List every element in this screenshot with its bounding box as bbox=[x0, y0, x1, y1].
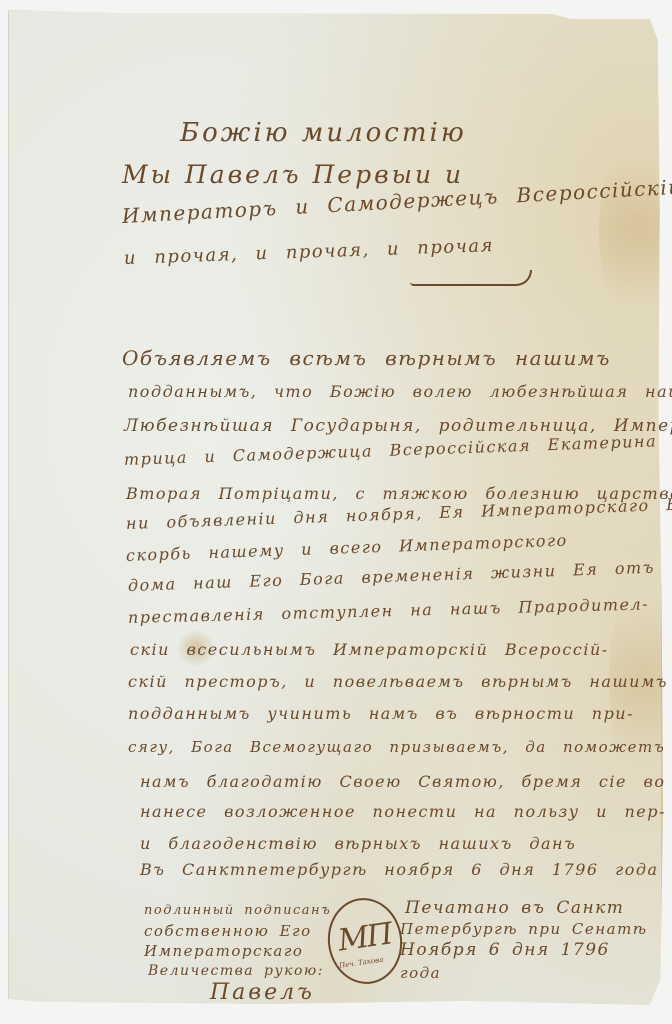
body-line-10: скiи всесильнымъ Императорскiй Всероссiй… bbox=[130, 642, 609, 658]
body-line-15: нанесе возложенное понести на пользу и п… bbox=[140, 804, 666, 820]
footer-left-note-2: собственною Его bbox=[144, 924, 312, 939]
water-stain bbox=[599, 131, 672, 331]
body-line-13: сягу, Бога Всемогущаго призываемъ, да по… bbox=[128, 740, 665, 755]
seal-monogram: МП bbox=[327, 915, 401, 959]
footer-right-note-4: года bbox=[400, 966, 441, 981]
heading-line-1: Божiю милостiю bbox=[180, 120, 467, 146]
body-line-12: подданнымъ учинить намъ въ вѣрности при- bbox=[128, 706, 634, 722]
heading-flourish bbox=[410, 270, 532, 286]
body-line-3: Любезнѣйшая Государыня, родительница, Им… bbox=[124, 418, 672, 435]
footer-left-note-3: Императорскаго bbox=[144, 944, 303, 959]
imperial-signature: Павелъ bbox=[210, 982, 315, 1004]
footer-left-note-1: подлинный подписанъ bbox=[144, 904, 331, 917]
footer-right-note-3: Ноября 6 дня 1796 bbox=[400, 942, 610, 959]
footer-right-note-1: Печатано въ Санкт bbox=[405, 900, 624, 917]
body-line-11: скiй престоръ, и повелѣваемъ вѣрнымъ наш… bbox=[128, 674, 668, 690]
footer-right-note-2: Петербургѣ при Сенатѣ bbox=[400, 922, 648, 937]
body-line-2: подданнымъ, что Божiю волею любезнѣйшая … bbox=[128, 384, 672, 400]
body-line-1: Объявляемъ всѣмъ вѣрнымъ нашимъ bbox=[122, 348, 611, 368]
heading-line-2: Мы Павелъ Первыи и bbox=[122, 162, 464, 187]
date-line: Въ Санктпетербургѣ ноября 6 дня 1796 год… bbox=[140, 862, 659, 878]
body-line-14: намъ благодатiю Своею Святою, бремя сiе … bbox=[140, 774, 665, 790]
footer-left-note-4: Величества рукою: bbox=[148, 964, 324, 978]
body-line-16: и благоденствiю вѣрныхъ нашихъ данъ bbox=[140, 836, 576, 852]
